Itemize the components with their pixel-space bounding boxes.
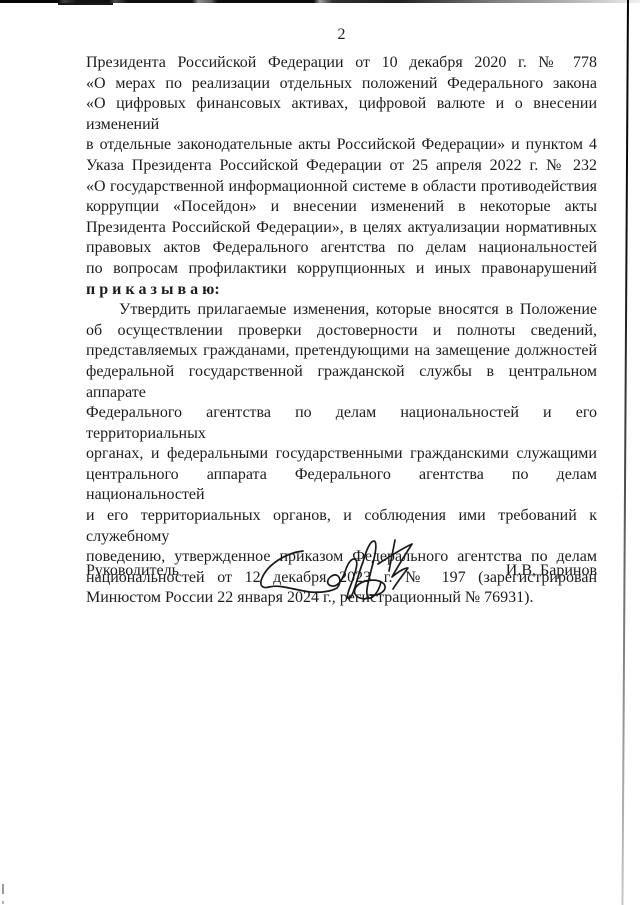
text-line: «О цифровых финансовых активах, цифровой… xyxy=(86,94,597,135)
handwritten-signature-icon xyxy=(252,536,424,620)
text-line: Утвердить прилагаемые изменения, которые… xyxy=(86,300,597,321)
text-line: Федерального агентства по делам национал… xyxy=(86,403,597,444)
text-line: «О государственной информационной систем… xyxy=(86,177,597,198)
text-line: центрального аппарата Федерального агент… xyxy=(86,465,597,506)
text-line: Президента Российской Федерации», в целя… xyxy=(86,218,597,239)
text-line: представляемых гражданами, претендующими… xyxy=(86,341,597,362)
page-number: 2 xyxy=(86,26,597,44)
text-line: федеральной государственной гражданской … xyxy=(86,362,597,403)
scan-speck xyxy=(2,901,4,904)
text-line: Указа Президента Российской Федерации от… xyxy=(86,156,597,177)
text-line: об осуществлении проверки достоверности … xyxy=(86,321,597,342)
document-page: 2 Президента Российской Федерации от 10 … xyxy=(0,0,640,905)
text-line: правовых актов Федерального агентства по… xyxy=(86,238,597,259)
scan-speck xyxy=(2,884,4,894)
signatory-name: И.В. Баринов xyxy=(506,561,597,581)
scan-artifact-top-edge xyxy=(0,0,640,3)
text-line: «О мерах по реализации отдельных положен… xyxy=(86,74,597,95)
signatory-role: Руководитель xyxy=(86,561,179,581)
text-line: органах, и федеральными государственными… xyxy=(86,444,597,465)
document-body: Президента Российской Федерации от 10 де… xyxy=(86,53,597,609)
text-line: Президента Российской Федерации от 10 де… xyxy=(86,53,597,74)
text-line: в отдельные законодательные акты Российс… xyxy=(86,135,597,156)
text-line: п р и к а з ы в а ю: xyxy=(86,280,597,301)
text-line: коррупции «Посейдон» и внесении изменени… xyxy=(86,197,597,218)
scan-artifact-right-edge xyxy=(621,0,629,905)
text-line: по вопросам профилактики коррупционных и… xyxy=(86,259,597,280)
